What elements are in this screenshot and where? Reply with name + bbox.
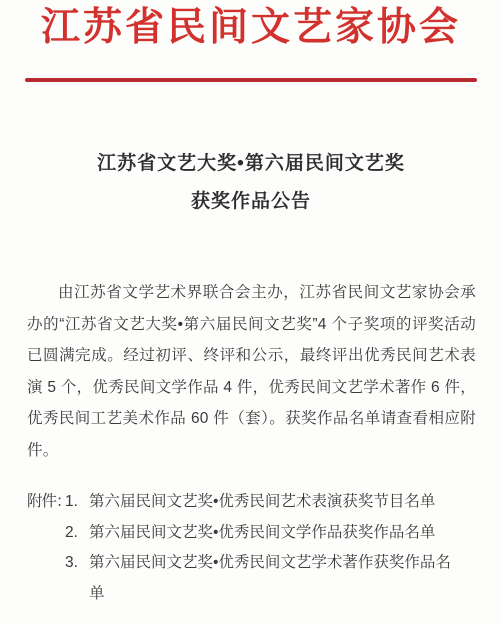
attachments-label: 附件： [27,487,65,518]
doc-paragraph: 由江苏省文学艺术界联合会主办，江苏省民间文艺家协会承办的“江苏省文艺大奖•第六届… [27,277,476,466]
attachment-number: 2. [65,518,89,549]
doc-title-line1: 江苏省文艺大奖•第六届民间文艺奖 [0,145,502,183]
attachment-text: 第六届民间文艺奖•优秀民间文艺学术著作获奖作品名单 [89,548,454,609]
attachments-section: 附件： 1. 第六届民间文艺奖•优秀民间艺术表演获奖节目名单 2. 第六届民间文… [27,487,502,609]
doc-title-line2: 获奖作品公告 [0,183,502,221]
attachment-text: 第六届民间文艺奖•优秀民间艺术表演获奖节目名单 [89,487,454,518]
doc-body: 江苏省文艺大奖•第六届民间文艺奖 获奖作品公告 由江苏省文学艺术界联合会主办，江… [0,145,502,609]
red-divider-rule [25,78,477,82]
org-name-title: 江苏省民间文艺家协会 [0,5,502,50]
attachment-item: 3. 第六届民间文艺奖•优秀民间文艺学术著作获奖作品名单 [27,548,502,609]
attachment-item: 附件： 1. 第六届民间文艺奖•优秀民间艺术表演获奖节目名单 [27,487,502,518]
attachment-number: 1. [65,487,89,518]
doc-title: 江苏省文艺大奖•第六届民间文艺奖 获奖作品公告 [0,145,502,221]
attachment-text: 第六届民间文艺奖•优秀民间文学作品获奖作品名单 [89,518,454,549]
attachment-item: 2. 第六届民间文艺奖•优秀民间文学作品获奖作品名单 [27,518,502,549]
org-header: 江苏省民间文艺家协会 [0,5,502,82]
attachment-number: 3. [65,548,89,579]
announcement-page: 江苏省民间文艺家协会 江苏省文艺大奖•第六届民间文艺奖 获奖作品公告 由江苏省文… [0,0,502,623]
